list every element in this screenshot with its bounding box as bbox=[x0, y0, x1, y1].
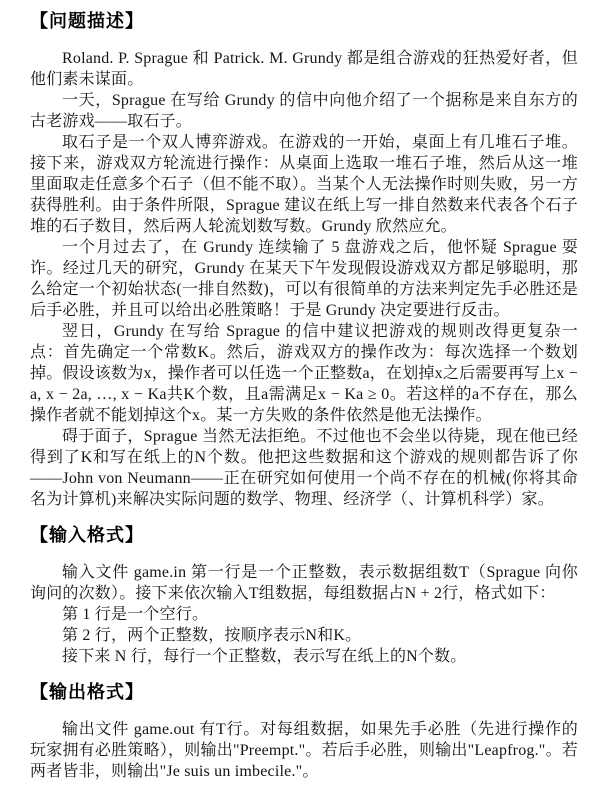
input-paragraph-1: 输入文件 game.in 第一行是一个正整数，表示数据组数T（Sprague 向… bbox=[30, 562, 578, 604]
problem-paragraph-3: 取石子是一个双人博弈游戏。在游戏的一开始，桌面上有几堆石子堆。接下来，游戏双方轮… bbox=[30, 132, 578, 237]
output-paragraph-1: 输出文件 game.out 有T行。对每组数据，如果先手必胜（先进行操作的玩家拥… bbox=[30, 719, 578, 782]
problem-paragraph-2: 一天，Sprague 在写给 Grundy 的信中向他介绍了一个据称是来自东方的… bbox=[30, 90, 578, 132]
input-line-3: 接下来 N 行，每行一个正整数，表示写在纸上的N个数。 bbox=[30, 646, 578, 667]
problem-paragraph-6: 碍于面子，Sprague 当然无法拒绝。不过他也不会坐以待毙，现在他已经得到了K… bbox=[30, 426, 578, 510]
input-line-1: 第 1 行是一个空行。 bbox=[30, 604, 578, 625]
section-heading-problem-description: 【问题描述】 bbox=[30, 10, 578, 32]
section-heading-output-format: 【输出格式】 bbox=[30, 681, 578, 703]
problem-paragraph-4: 一个月过去了，在 Grundy 连续输了 5 盘游戏之后，他怀疑 Sprague… bbox=[30, 237, 578, 321]
section-output-format: 【输出格式】 输出文件 game.out 有T行。对每组数据，如果先手必胜（先进… bbox=[30, 681, 578, 782]
input-line-2: 第 2 行，两个正整数，按顺序表示N和K。 bbox=[30, 625, 578, 646]
section-heading-input-format: 【输入格式】 bbox=[30, 524, 578, 546]
section-problem-description: 【问题描述】 Roland. P. Sprague 和 Patrick. M. … bbox=[30, 10, 578, 510]
problem-paragraph-1: Roland. P. Sprague 和 Patrick. M. Grundy … bbox=[30, 48, 578, 90]
section-input-format: 【输入格式】 输入文件 game.in 第一行是一个正整数，表示数据组数T（Sp… bbox=[30, 524, 578, 667]
problem-paragraph-5: 翌日，Grundy 在写给 Sprague 的信中建议把游戏的规则改得更复杂一点… bbox=[30, 321, 578, 426]
problem-statement-page: 【问题描述】 Roland. P. Sprague 和 Patrick. M. … bbox=[0, 0, 605, 786]
